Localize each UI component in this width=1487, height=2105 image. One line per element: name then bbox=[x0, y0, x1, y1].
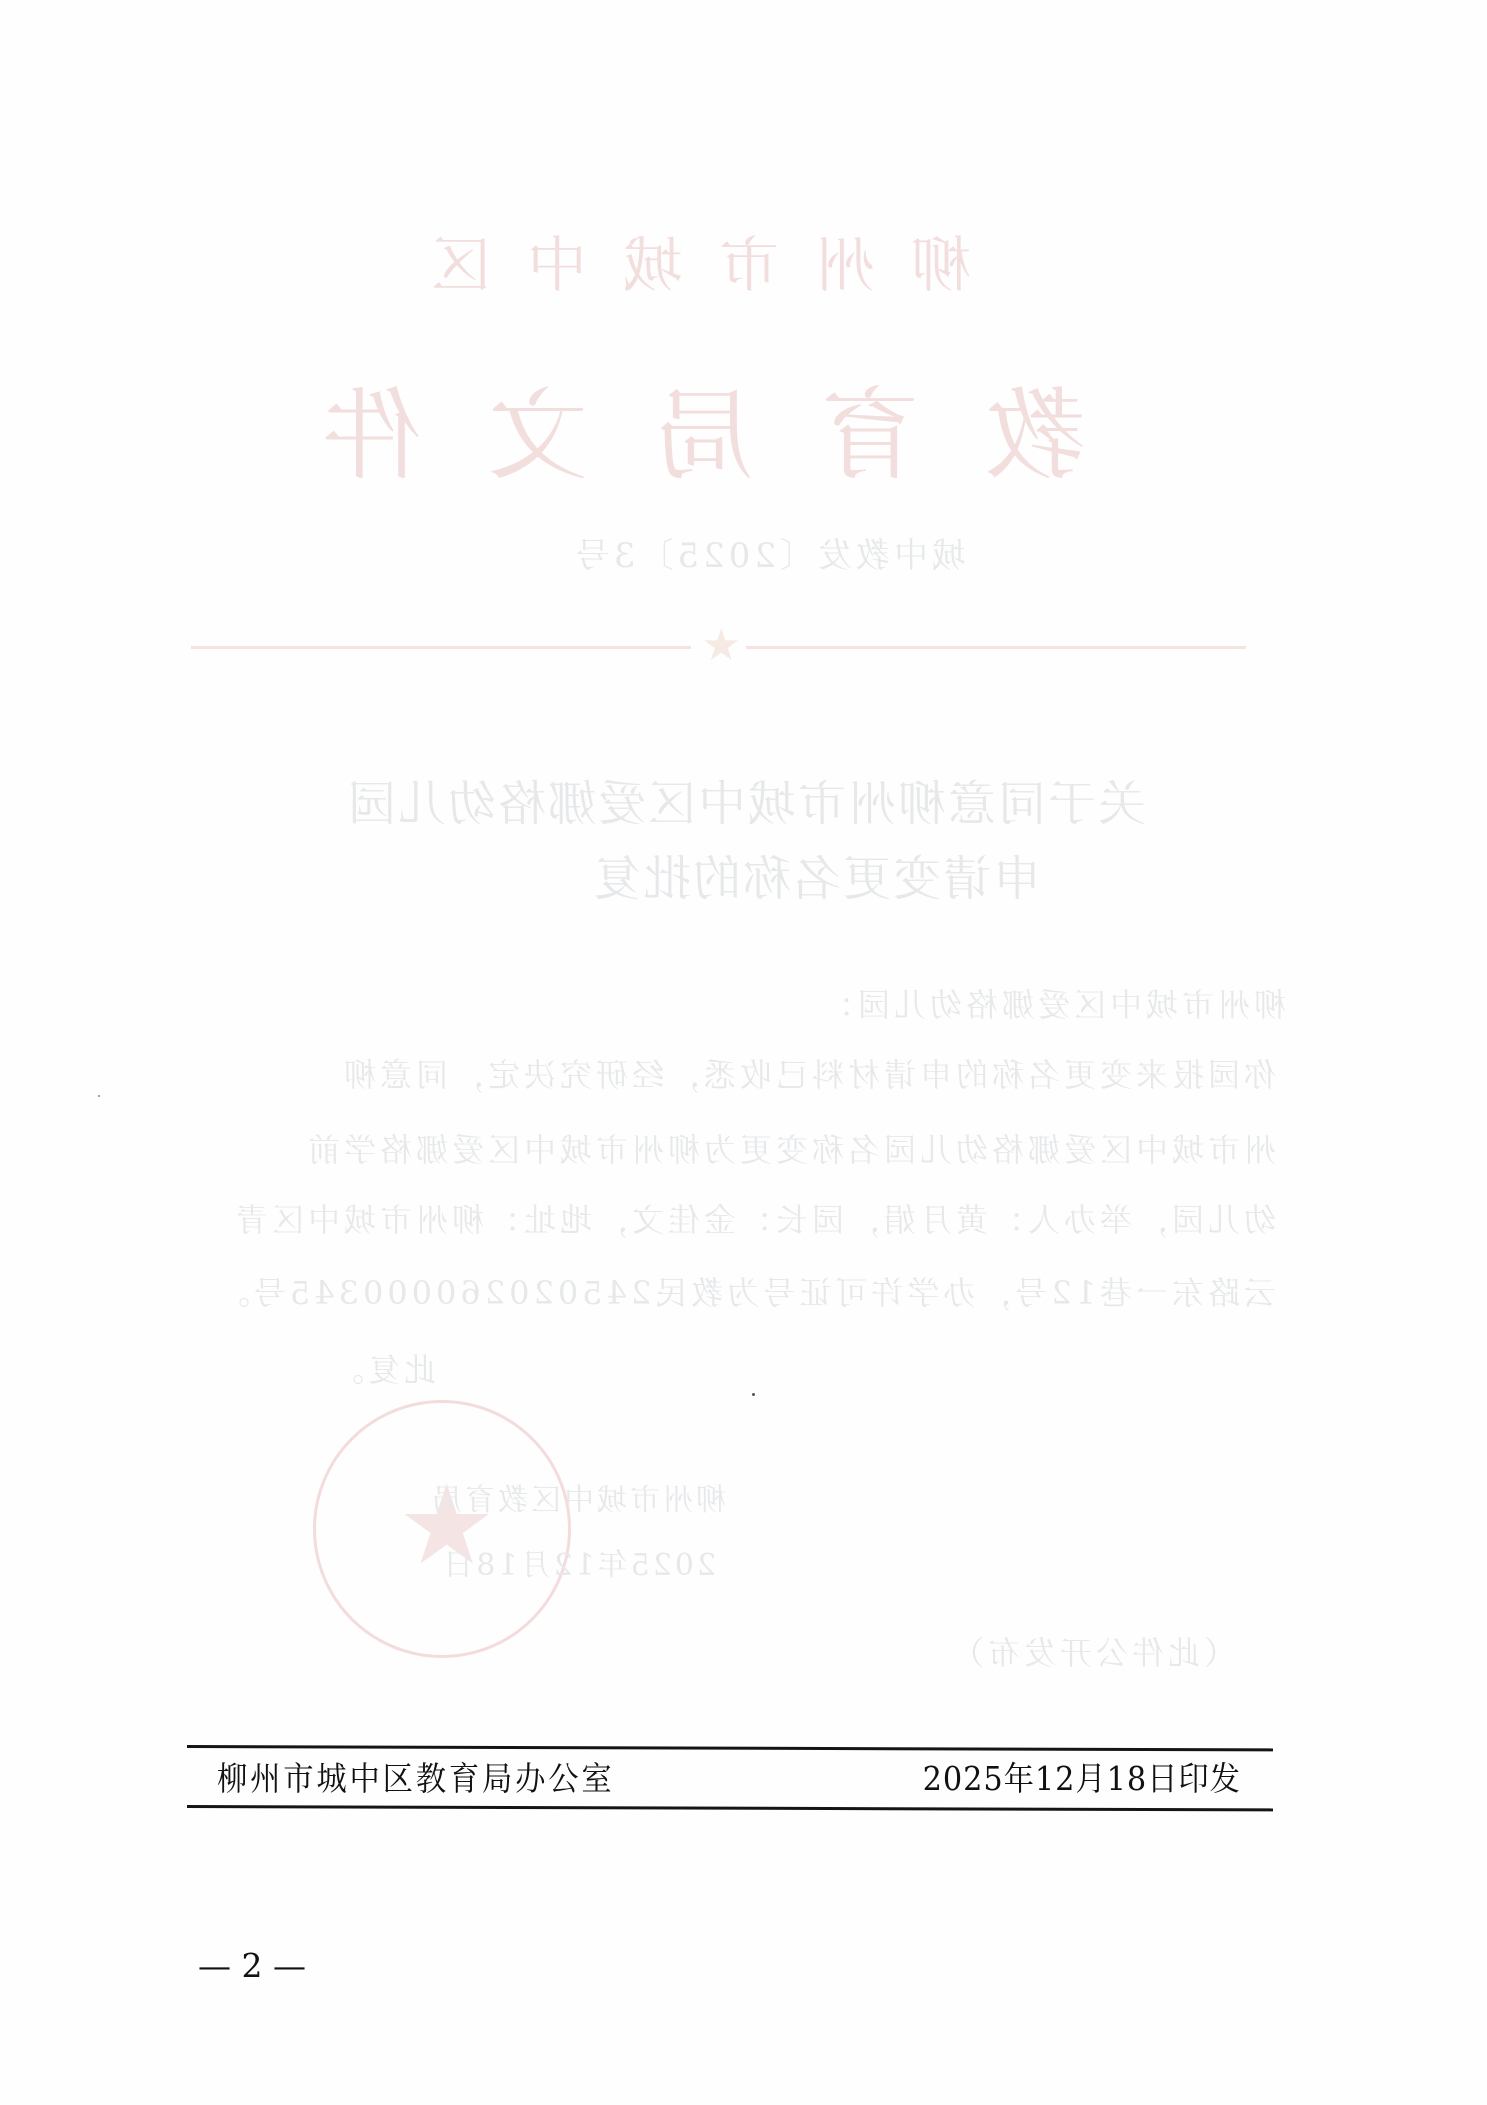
issuing-office: 柳州市城中区教育局办公室 bbox=[217, 1759, 614, 1799]
ghost-official-seal bbox=[313, 1400, 571, 1658]
ghost-body-line: 此复。 bbox=[328, 1345, 436, 1391]
ghost-signature-line: 2025年12月18日 bbox=[440, 1540, 716, 1584]
ghost-doc-number: 城中教发〔2025〕3号 bbox=[572, 528, 966, 577]
ghost-header-line-2: 教育局文件 bbox=[256, 355, 1086, 499]
ghost-title-line-1: 关于同意柳州市城中区爱娜格幼儿园 bbox=[346, 765, 1146, 834]
ghost-body-line: 柳州市城中区爱娜格幼儿园： bbox=[818, 980, 1286, 1026]
imprint-bottom-rule bbox=[187, 1805, 1273, 1811]
ghost-publication-note: （此件公开发布） bbox=[948, 1628, 1236, 1674]
document-page: 柳州市城中区 教育局文件 城中教发〔2025〕3号 ★ 关于同意柳州市城中区爱娜… bbox=[0, 0, 1487, 2105]
ghost-star-icon: ★ bbox=[702, 620, 741, 671]
imprint-block: 柳州市城中区教育局办公室 2025年12月18日印发 bbox=[187, 1745, 1273, 1809]
print-date: 2025年12月18日印发 bbox=[923, 1759, 1241, 1799]
ghost-body-line: 幼儿园，举办人：黄月娟，园长：金佳文，地址：柳州市城中区青 bbox=[232, 1195, 1276, 1241]
ghost-red-rule-right bbox=[191, 646, 691, 649]
imprint-top-rule bbox=[187, 1745, 1273, 1751]
scan-speck bbox=[752, 1393, 755, 1396]
scan-speck bbox=[98, 1095, 100, 1097]
page-number: — 2 — bbox=[198, 1946, 306, 1986]
ghost-body-line: 云路东一巷12号，办学许可证号为教民245020260000345号。 bbox=[214, 1268, 1276, 1314]
ghost-title-line-2: 申请变更名称的批复 bbox=[591, 840, 1041, 909]
bleed-through-layer: 柳州市城中区 教育局文件 城中教发〔2025〕3号 ★ 关于同意柳州市城中区爱娜… bbox=[0, 0, 1486, 1720]
ghost-seal-star-icon: ★ bbox=[397, 1470, 496, 1580]
ghost-signature-line: 柳州市城中区教育局 bbox=[429, 1475, 726, 1519]
ghost-body-line: 州市城中区爱娜格幼儿园名称变更为柳州市城中区爱娜格学前 bbox=[304, 1125, 1276, 1171]
ghost-red-rule-left bbox=[746, 646, 1246, 649]
ghost-header-line-1: 柳州市城中区 bbox=[395, 218, 971, 304]
ghost-body-line: 你园报来变更名称的申请材料已收悉，经研究决定，同意柳 bbox=[340, 1050, 1276, 1096]
